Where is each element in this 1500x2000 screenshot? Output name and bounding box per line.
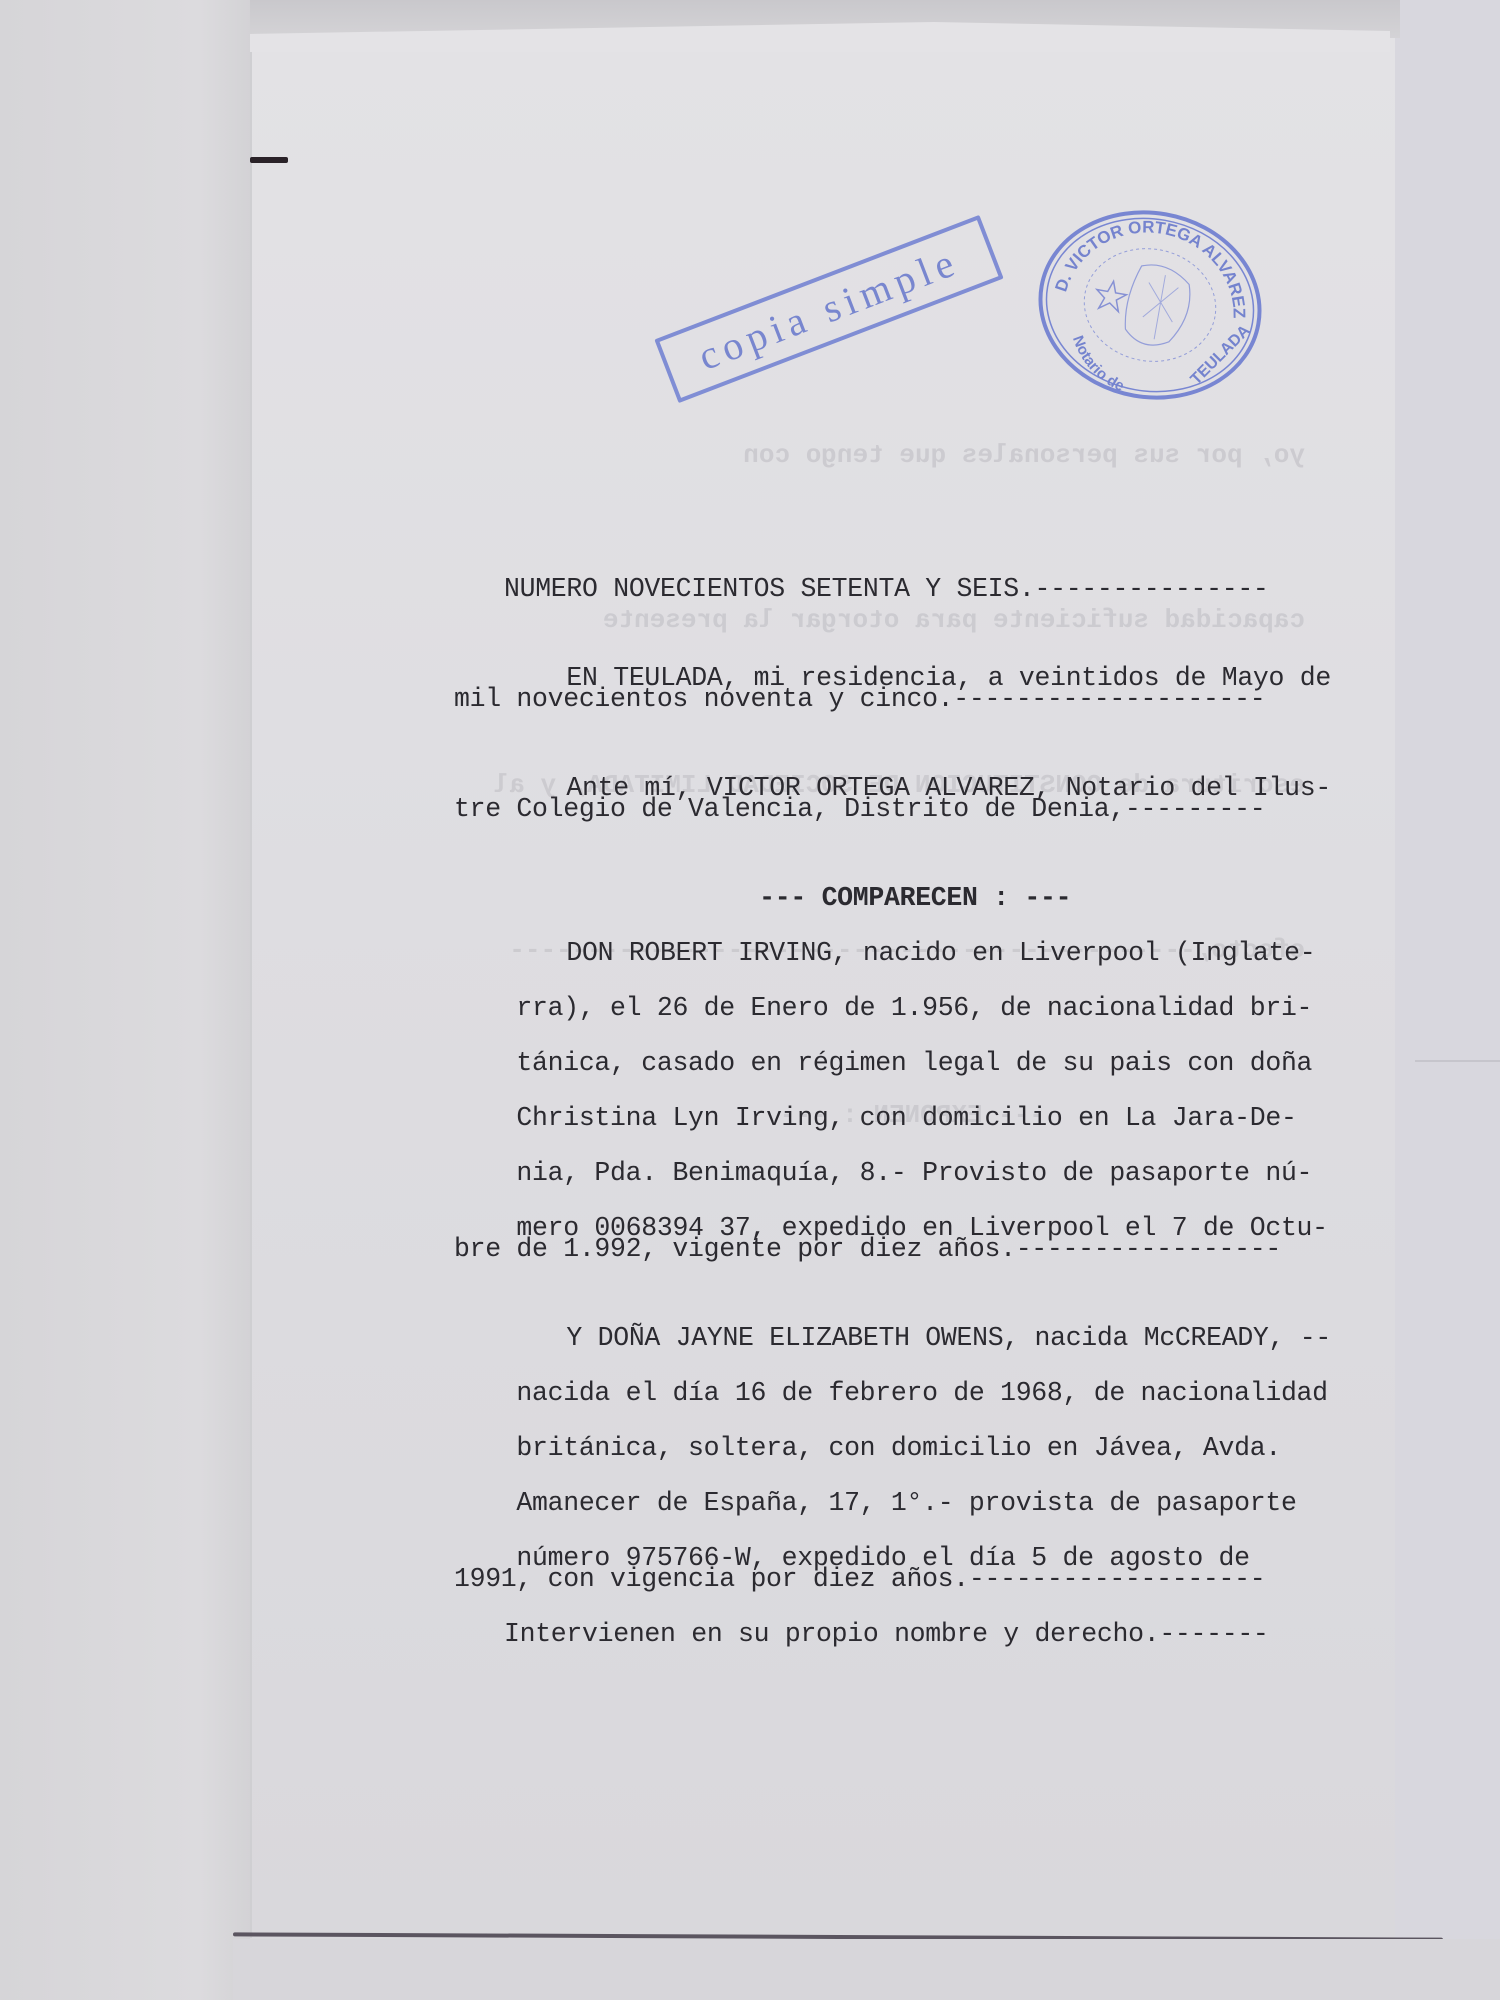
line-fill: --------- [1125,792,1314,847]
line-text: rra), el 26 de Enero de 1.956, de nacion… [516,993,1312,1023]
line-text: 1991, con vigencia por diez años. [454,1562,969,1617]
line-fill: ------- [1159,1617,1314,1672]
line-text: NUMERO NOVECIENTOS SETENTA Y SEIS. [504,572,1035,627]
line-text: Amanecer de España, 17, 1°.- provista de… [516,1488,1296,1518]
deed-text-body: NUMERO NOVECIENTOS SETENTA Y SEIS.------… [454,572,1314,1672]
notary-seal-icon: D. VICTOR ORTEGA ALVAREZ Notario de TEUL… [1035,208,1265,403]
text-line-13: bre de 1.992, vigente por diez años.----… [454,1232,1314,1287]
line-fill: ------------------- [969,1562,1314,1617]
line-text: Y DOÑA JAYNE ELIZABETH OWENS, nacida McC… [566,1323,1331,1353]
line-text: nacida el día 16 de febrero de 1968, de … [516,1378,1327,1408]
line-fill: ----------------- [1016,1232,1314,1287]
comparecen-heading: --- COMPARECEN : --- [454,847,1314,902]
text-line-3: mil novecientos noventa y cinco.--------… [454,682,1314,737]
binding-staple [250,157,288,163]
text-line-19: 1991, con vigencia por diez años.-------… [454,1562,1314,1617]
line-fill: --------------- [1035,572,1315,627]
section-heading: --- COMPARECEN : --- [759,883,1071,913]
seal-name-text: D. VICTOR ORTEGA ALVAREZ [1051,208,1263,325]
text-line-14: Y DOÑA JAYNE ELIZABETH OWENS, nacida McC… [454,1287,1314,1342]
text-line-5: tre Colegio de Valencia, Distrito de Den… [454,792,1314,847]
line-text: DON ROBERT IRVING, nacido en Liverpool (… [566,938,1315,968]
line-text: tre Colegio de Valencia, Distrito de Den… [454,792,1125,847]
text-line-1: NUMERO NOVECIENTOS SETENTA Y SEIS.------… [454,572,1314,627]
line-text: bre de 1.992, vigente por diez años. [454,1232,1016,1287]
line-text: Christina Lyn Irving, con domicilio en L… [516,1103,1296,1133]
background-below-page [233,1939,1500,2000]
background-sheet-left [0,0,250,2000]
background-crease [1415,1060,1500,1062]
text-line-20: Intervienen en su propio nombre y derech… [454,1617,1314,1672]
line-text: británica, soltera, con domicilio en Jáv… [516,1433,1281,1463]
line-text: Intervienen en su propio nombre y derech… [504,1617,1159,1672]
text-line-2: EN TEULADA, mi residencia, a veintidos d… [454,627,1314,682]
ghost-line: yo, por sus personales que tengo con [455,428,1305,483]
line-text: tánica, casado en régimen legal de su pa… [516,1048,1312,1078]
line-text: mil novecientos noventa y cinco. [454,682,953,737]
text-line-4: Ante mí, VICTOR ORTEGA ALVAREZ, Notario … [454,737,1314,792]
line-fill: -------------------- [953,682,1314,737]
background-right [1395,0,1500,2000]
line-text: nia, Pda. Benimaquía, 8.- Provisto de pa… [516,1158,1312,1188]
